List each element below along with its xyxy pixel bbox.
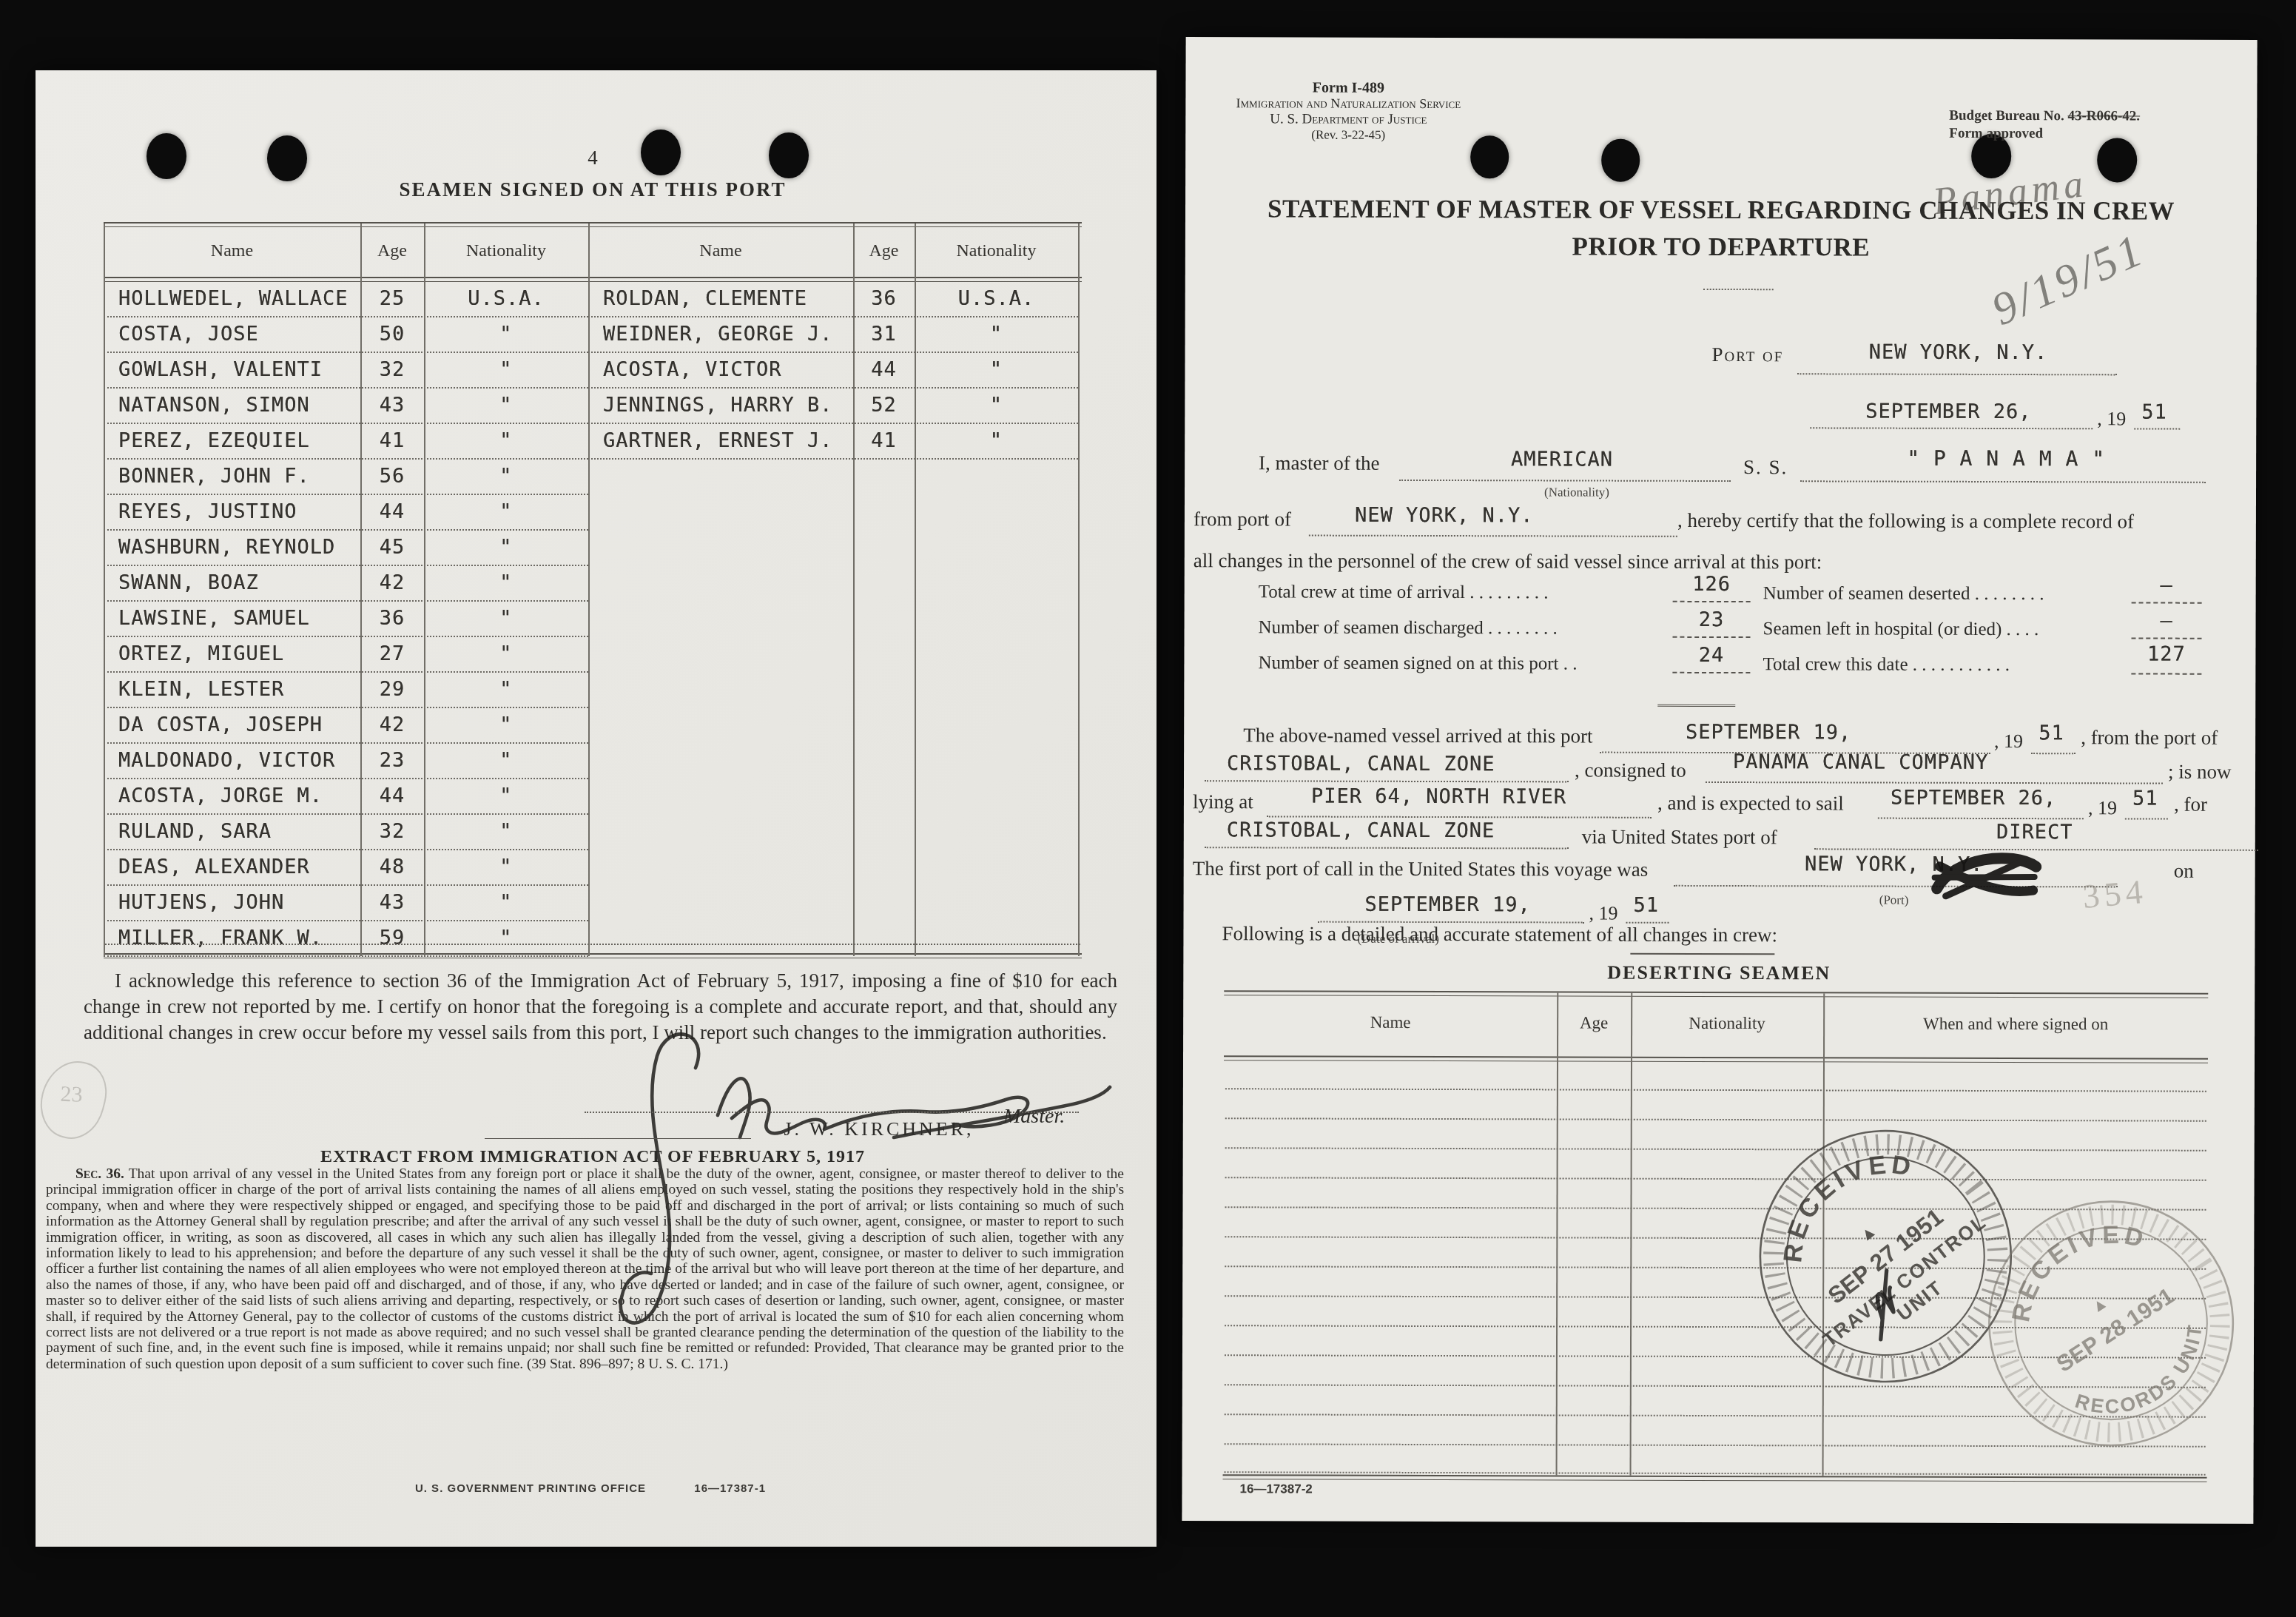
stat-signed-on-label: Number of seamen signed on at this port … xyxy=(1258,653,1577,674)
form-number: Form I-489 xyxy=(1200,80,1496,96)
crew-nationality: " xyxy=(424,394,588,417)
crew-row: MALDONADO, VICTOR 23 " xyxy=(104,744,588,779)
col-header-name: Name xyxy=(104,241,360,261)
sail-year: 51 xyxy=(2132,787,2158,810)
is-now-clause: ; is now xyxy=(2168,761,2232,784)
crew-row: ROLDAN, CLEMENTE 36 U.S.A. xyxy=(588,282,1078,317)
crew-age: 23 xyxy=(360,749,424,772)
crew-name: REYES, JUSTINO xyxy=(118,500,297,523)
crew-nationality: " xyxy=(424,927,588,949)
on-word: on xyxy=(2174,860,2194,883)
crew-age: 25 xyxy=(360,287,424,310)
pencil-margin-note: 23 xyxy=(33,1054,113,1146)
crew-nationality: " xyxy=(424,500,588,523)
signature-title: Master. xyxy=(1003,1105,1065,1129)
crew-age: 50 xyxy=(360,323,424,346)
crew-age: 29 xyxy=(360,678,424,701)
crew-nationality: " xyxy=(915,358,1078,381)
col-header-name: Name xyxy=(588,241,853,261)
arrival-port: CRISTOBAL, CANAL ZONE xyxy=(1227,752,1495,776)
form-code-right: 16—17387-2 xyxy=(1239,1482,1312,1496)
hole-punch xyxy=(267,135,307,181)
destination-port: CRISTOBAL, CANAL ZONE xyxy=(1227,818,1495,842)
arrival-date-value: SEPTEMBER 19, xyxy=(1365,893,1531,917)
stat-total-date-label: Total crew this date . . . . . . . . . .… xyxy=(1763,654,2010,676)
crew-nationality: " xyxy=(424,571,588,594)
form-revision: (Rev. 3-22-45) xyxy=(1200,127,1496,143)
crew-age: 43 xyxy=(360,891,424,914)
crew-nationality: " xyxy=(424,855,588,878)
crew-nationality: " xyxy=(424,678,588,701)
crew-name: RULAND, SARA xyxy=(118,820,272,843)
crew-nationality: U.S.A. xyxy=(424,287,588,310)
stat-deserted-label: Number of seamen deserted . . . . . . . … xyxy=(1763,583,2044,605)
berth-value: PIER 64, NORTH RIVER xyxy=(1311,785,1566,809)
crew-nationality: " xyxy=(424,891,588,914)
crew-name: NATANSON, SIMON xyxy=(118,394,310,417)
stat-hospital-value: – xyxy=(2132,609,2202,632)
arrived-intro: The above-named vessel arrived at this p… xyxy=(1243,724,1592,747)
certify-clause2: all changes in the personnel of the crew… xyxy=(1194,549,1822,574)
crew-nationality: " xyxy=(424,713,588,736)
stat-hospital-label: Seamen left in hospital (or died) . . . … xyxy=(1763,619,2039,640)
crew-name: DA COSTA, JOSEPH xyxy=(118,713,323,736)
extract-heading: EXTRACT FROM IMMIGRATION ACT OF FEBRUARY… xyxy=(149,1147,1037,1167)
nineteen-label: , 19 xyxy=(2088,797,2117,819)
arrived-date: SEPTEMBER 19, xyxy=(1643,721,1894,744)
crew-name: HOLLWEDEL, WALLACE xyxy=(118,287,349,310)
budget-number: 43-R066-42. xyxy=(2067,108,2140,124)
col-header-nationality: Nationality xyxy=(424,241,588,261)
crew-age: 41 xyxy=(853,429,915,452)
crew-row: LAWSINE, SAMUEL 36 " xyxy=(104,602,588,637)
statement-date: SEPTEMBER 26, xyxy=(1865,400,2031,424)
crew-row: JENNINGS, HARRY B. 52 " xyxy=(588,389,1078,424)
crew-name: KLEIN, LESTER xyxy=(118,678,284,701)
hole-punch xyxy=(147,133,186,179)
nationality-caption: (Nationality) xyxy=(1495,485,1658,500)
crew-name: ACOSTA, JORGE M. xyxy=(118,784,323,807)
crew-age: 43 xyxy=(360,394,424,417)
agency-line2: U. S. Department of Justice xyxy=(1200,111,1496,127)
extract-text: That upon arrival of any vessel in the U… xyxy=(46,1166,1124,1372)
following-line: Following is a detailed and accurate sta… xyxy=(1222,922,1777,947)
crew-name: SWANN, BOAZ xyxy=(118,571,259,594)
form-id-block: Form I-489 Immigration and Naturalizatio… xyxy=(1200,80,1496,143)
crew-age: 56 xyxy=(360,465,424,488)
crew-age: 36 xyxy=(360,607,424,630)
crew-row: RULAND, SARA 32 " xyxy=(104,815,588,850)
stat-signed-on-value: 24 xyxy=(1672,644,1750,667)
crew-name: DEAS, ALEXANDER xyxy=(118,855,310,878)
for-clause: , for xyxy=(2174,793,2207,816)
right-page: Form I-489 Immigration and Naturalizatio… xyxy=(1182,37,2257,1524)
crew-name: HUTJENS, JOHN xyxy=(118,891,284,914)
crew-nationality: " xyxy=(424,429,588,452)
crew-name: WASHBURN, REYNOLD xyxy=(118,536,335,559)
printing-office-label: U. S. GOVERNMENT PRINTING OFFICE xyxy=(415,1482,646,1495)
col-header-nationality: Nationality xyxy=(915,241,1078,261)
crew-nationality: U.S.A. xyxy=(915,287,1078,310)
crew-row: ACOSTA, JORGE M. 44 " xyxy=(104,779,588,815)
crew-row: DEAS, ALEXANDER 48 " xyxy=(104,850,588,886)
crew-row: BONNER, JOHN F. 56 " xyxy=(104,460,588,495)
crew-age: 31 xyxy=(853,323,915,346)
crew-nationality: " xyxy=(424,358,588,381)
hole-punch xyxy=(769,132,809,178)
faint-stamp-number: 354 xyxy=(2081,872,2149,916)
crew-age: 52 xyxy=(853,394,915,417)
crew-age: 45 xyxy=(360,536,424,559)
form-approved: Form approved xyxy=(1949,125,2140,144)
crew-nationality: " xyxy=(424,536,588,559)
crew-age: 44 xyxy=(853,358,915,381)
port-of-label: Port of xyxy=(1711,343,1783,366)
scanned-document: 4 SEAMEN SIGNED ON AT THIS PORT Name Age… xyxy=(0,0,2296,1617)
from-port-value: NEW YORK, N.Y. xyxy=(1355,504,1534,528)
crew-age: 42 xyxy=(360,713,424,736)
statement-year: 51 xyxy=(2141,400,2167,423)
form-code-left: 16—17387-1 xyxy=(694,1482,766,1495)
col-header-age: Age xyxy=(360,241,424,261)
nineteen-label: , 19 xyxy=(1994,730,2023,753)
stat-total-date-value: 127 xyxy=(2131,642,2201,665)
ink-scribble xyxy=(1924,844,2057,918)
from-port-label: from port of xyxy=(1194,508,1291,531)
crew-row: NATANSON, SIMON 43 " xyxy=(104,389,588,424)
crew-name: WEIDNER, GEORGE J. xyxy=(603,323,833,346)
crew-nationality: " xyxy=(424,465,588,488)
stamp-date-text: SEP 28 1951 xyxy=(2052,1282,2178,1377)
crew-row: REYES, JUSTINO 44 " xyxy=(104,495,588,531)
crew-nationality: " xyxy=(915,323,1078,346)
crew-name: PEREZ, EZEQUIEL xyxy=(118,429,310,452)
crew-nationality: " xyxy=(424,820,588,843)
crew-row: SWANN, BOAZ 42 " xyxy=(104,566,588,602)
crew-row: COSTA, JOSE 50 " xyxy=(104,317,588,353)
crew-age: 27 xyxy=(360,642,424,665)
crew-name: COSTA, JOSE xyxy=(118,323,259,346)
form-title-line1: STATEMENT OF MASTER OF VESSEL REGARDING … xyxy=(1240,194,2202,226)
crew-age: 36 xyxy=(853,287,915,310)
nineteen-label: , 19 xyxy=(1589,903,1617,925)
crew-name: MALDONADO, VICTOR xyxy=(118,749,335,772)
crew-age: 41 xyxy=(360,429,424,452)
stamp-arrow-icon: ▲ xyxy=(2087,1292,2111,1317)
crew-age: 59 xyxy=(360,927,424,949)
port-of-value: NEW YORK, N.Y. xyxy=(1821,340,2095,364)
crew-age: 32 xyxy=(360,358,424,381)
left-table-title: SEAMEN SIGNED ON AT THIS PORT xyxy=(223,178,963,201)
stat-discharged-label: Number of seamen discharged . . . . . . … xyxy=(1259,617,1558,639)
hole-punch xyxy=(2097,138,2137,182)
deserting-title: DESERTING SEAMEN xyxy=(1238,961,2200,985)
crew-row: GOWLASH, VALENTI 32 " xyxy=(104,353,588,389)
crew-nationality: " xyxy=(915,429,1078,452)
crew-list-right: ROLDAN, CLEMENTE 36 U.S.A. WEIDNER, GEOR… xyxy=(588,282,1078,460)
extract-body: Sec. 36. That upon arrival of any vessel… xyxy=(46,1166,1124,1372)
crew-row: WEIDNER, GEORGE J. 31 " xyxy=(588,317,1078,353)
budget-block: Budget Bureau No. 43-R066-42. Form appro… xyxy=(1949,107,2140,144)
crew-name: GARTNER, ERNEST J. xyxy=(603,429,833,452)
left-page: 4 SEAMEN SIGNED ON AT THIS PORT Name Age… xyxy=(36,70,1157,1547)
crew-name: ORTEZ, MIGUEL xyxy=(118,642,284,665)
crew-name: LAWSINE, SAMUEL xyxy=(118,607,310,630)
crew-name: MILLER, FRANK W. xyxy=(118,927,323,949)
crew-row: HUTJENS, JOHN 43 " xyxy=(104,886,588,921)
crew-row: GARTNER, ERNEST J. 41 " xyxy=(588,424,1078,460)
crew-row: PEREZ, EZEQUIEL 41 " xyxy=(104,424,588,460)
via-value: DIRECT xyxy=(1887,821,2183,844)
ds-col-name: Name xyxy=(1224,1012,1557,1032)
stat-deserted-value: – xyxy=(2132,574,2202,596)
crew-nationality: " xyxy=(424,323,588,346)
nineteen-label: , 19 xyxy=(2097,408,2126,430)
crew-nationality: " xyxy=(424,784,588,807)
sail-date: SEPTEMBER 26, xyxy=(1891,787,2056,810)
crew-row: MILLER, FRANK W. 59 " xyxy=(104,921,588,957)
crew-name: BONNER, JOHN F. xyxy=(118,465,310,488)
agency-line1: Immigration and Naturalization Service xyxy=(1200,95,1496,112)
ds-col-nationality: Nationality xyxy=(1631,1014,1823,1034)
crew-age: 32 xyxy=(360,820,424,843)
arrival-date-year: 51 xyxy=(1634,894,1660,917)
stat-total-arrival-value: 126 xyxy=(1673,573,1751,596)
crew-nationality: " xyxy=(915,394,1078,417)
vessel-nationality: AMERICAN xyxy=(1444,448,1680,471)
crew-row: DA COSTA, JOSEPH 42 " xyxy=(104,708,588,744)
consignee: PANAMA CANAL COMPANY xyxy=(1733,750,1988,774)
crew-age: 44 xyxy=(360,784,424,807)
crew-name: GOWLASH, VALENTI xyxy=(118,358,323,381)
gpo-footer: U. S. GOVERNMENT PRINTING OFFICE 16—1738… xyxy=(257,1482,923,1495)
stat-discharged-value: 23 xyxy=(1673,608,1751,631)
crew-nationality: " xyxy=(424,642,588,665)
certify-clause: , hereby certify that the following is a… xyxy=(1677,509,2134,534)
ds-col-age: Age xyxy=(1557,1013,1631,1032)
pencil-note-text: 23 xyxy=(60,1082,83,1108)
master-intro: I, master of the xyxy=(1259,451,1380,474)
extract-lead: Sec. 36. xyxy=(75,1166,124,1182)
crew-row: HOLLWEDEL, WALLACE 25 U.S.A. xyxy=(104,282,588,317)
budget-label: Budget Bureau No. xyxy=(1949,108,2067,124)
crew-list-left: HOLLWEDEL, WALLACE 25 U.S.A. COSTA, JOSE… xyxy=(104,282,588,957)
crew-name: ACOSTA, VICTOR xyxy=(603,358,782,381)
ds-col-when: When and where signed on xyxy=(1823,1014,2208,1034)
crew-nationality: " xyxy=(424,749,588,772)
crew-age: 44 xyxy=(360,500,424,523)
ss-label: S. S. xyxy=(1743,456,1788,479)
consigned-label: , consigned to xyxy=(1575,759,1686,781)
stat-total-arrival-label: Total crew at time of arrival . . . . . … xyxy=(1259,582,1549,603)
crew-row: KLEIN, LESTER 29 " xyxy=(104,673,588,708)
first-port-label: The first port of call in the United Sta… xyxy=(1193,857,1649,881)
form-title-line2: PRIOR TO DEPARTURE xyxy=(1240,231,2202,263)
crew-name: ROLDAN, CLEMENTE xyxy=(603,287,807,310)
crew-row: ORTEZ, MIGUEL 27 " xyxy=(104,637,588,673)
stamp-arrow-icon: ▲ xyxy=(1855,1220,1880,1246)
hole-punch xyxy=(1601,139,1640,182)
vessel-name: " P A N A M A " xyxy=(1843,446,2169,471)
signed-on-table: Name Age Nationality Name Age Nationalit… xyxy=(104,222,1082,958)
crew-row: ACOSTA, VICTOR 44 " xyxy=(588,353,1078,389)
from-port-clause: , from the port of xyxy=(2081,726,2218,749)
crew-nationality: " xyxy=(424,607,588,630)
crew-age: 42 xyxy=(360,571,424,594)
crew-row: WASHBURN, REYNOLD 45 " xyxy=(104,531,588,566)
via-label: via United States port of xyxy=(1582,826,1777,850)
arrived-year: 51 xyxy=(2039,722,2064,744)
page-number: 4 xyxy=(556,147,630,169)
lying-label: lying at xyxy=(1193,790,1253,813)
signature-typed-name: J. W. KIRCHNER, xyxy=(738,1118,1020,1140)
crew-name: JENNINGS, HARRY B. xyxy=(603,394,833,417)
col-header-age: Age xyxy=(853,241,915,261)
crew-age: 48 xyxy=(360,855,424,878)
sail-label: , and is expected to sail xyxy=(1657,792,1844,816)
hole-punch xyxy=(641,130,681,175)
